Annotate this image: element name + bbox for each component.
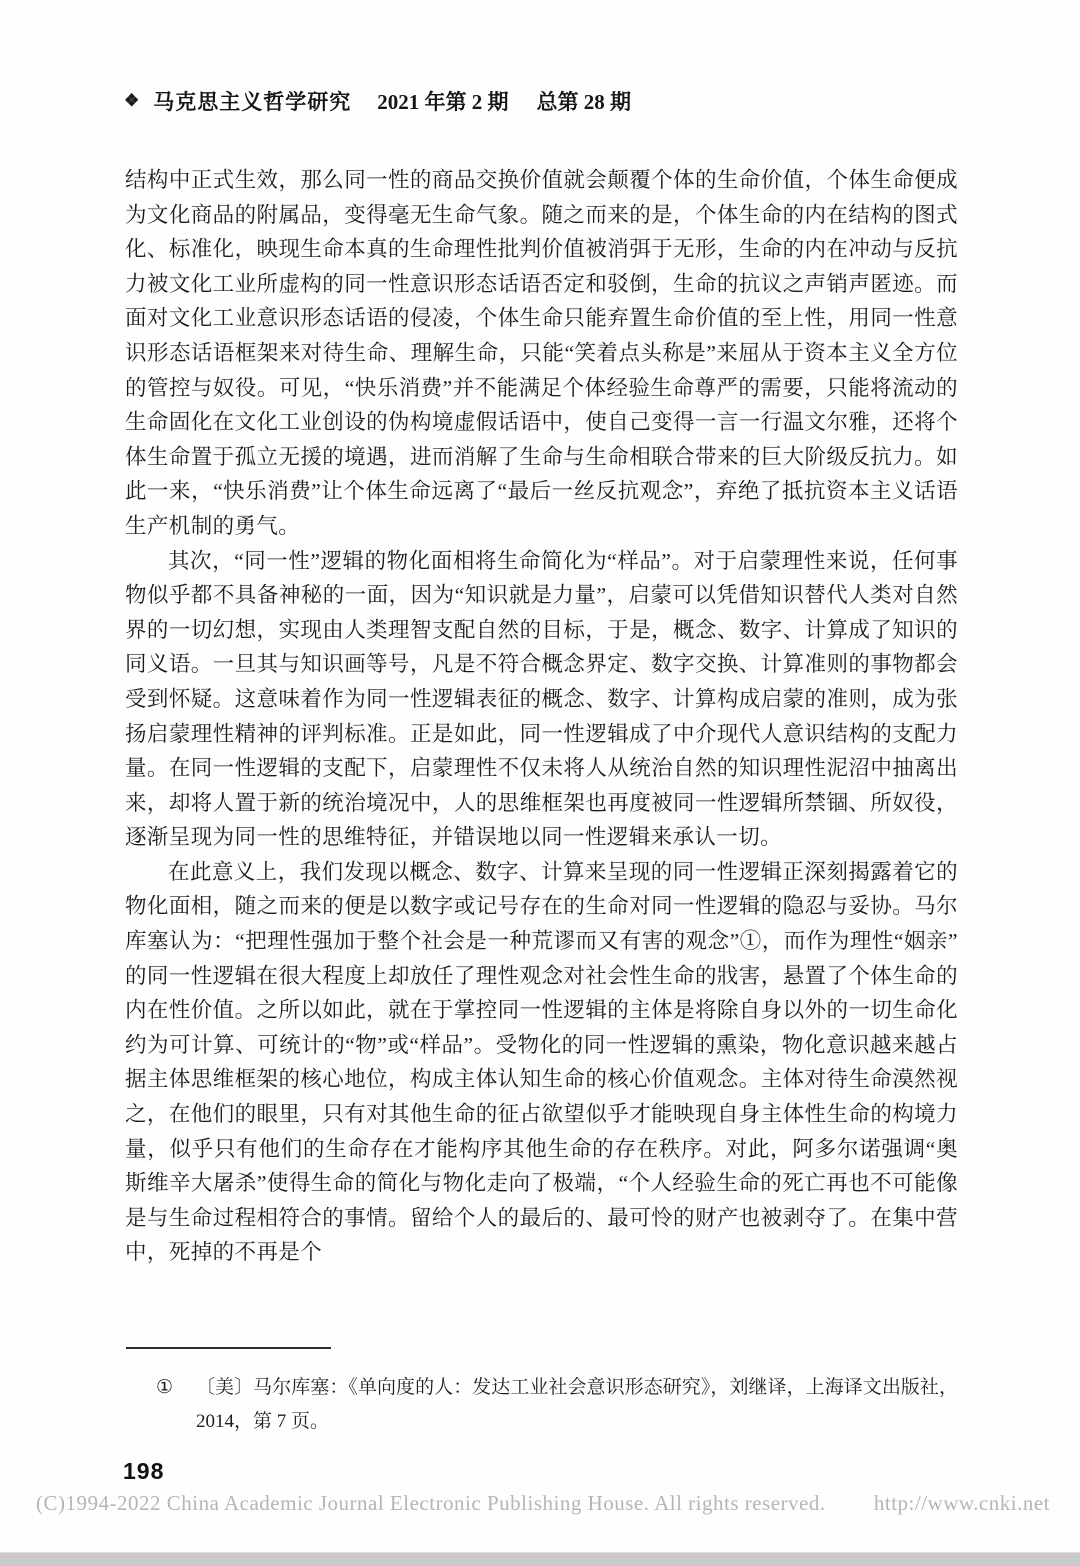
cnki-watermark: (C)1994-2022 China Academic Journal Elec… [36,1491,1050,1516]
footnote-divider [126,1347,331,1349]
scanned-journal-page: ❖ 马克思主义哲学研究 2021 年第 2 期 总第 28 期 结构中正式生效，… [0,0,1080,1566]
copyright-text: (C)1994-2022 China Academic Journal Elec… [36,1491,826,1516]
scan-edge-bar [0,1552,1080,1566]
page-number: 198 [123,1458,164,1485]
journal-title: 马克思主义哲学研究 [153,86,351,116]
footnote-text: 〔美〕马尔库塞：《单向度的人：发达工业社会意识形态研究》，刘继译，上海译文出版社… [196,1371,958,1438]
footnote: ① 〔美〕马尔库塞：《单向度的人：发达工业社会意识形态研究》，刘继译，上海译文出… [156,1371,958,1438]
cumulative-issue-label: 总第 28 期 [537,86,632,116]
paragraph-second: 其次，“同一性”逻辑的物化面相将生命简化为“样品”。对于启蒙理性来说，任何事物似… [125,544,958,855]
paragraph-continuation: 结构中正式生效，那么同一性的商品交换价值就会颠覆个体的生命价值，个体生命便成为文… [125,163,958,544]
issue-label: 2021 年第 2 期 [377,86,508,116]
footnote-marker: ① [156,1371,196,1438]
paragraph-third: 在此意义上，我们发现以概念、数字、计算来呈现的同一性逻辑正深刻揭露着它的物化面相… [125,855,958,1270]
journal-header: ❖ 马克思主义哲学研究 2021 年第 2 期 总第 28 期 [124,86,1020,116]
diamond-icon: ❖ [124,91,139,111]
cnki-url: http://www.cnki.net [874,1491,1050,1516]
article-body: 结构中正式生效，那么同一性的商品交换价值就会颠覆个体的生命价值，个体生命便成为文… [125,163,958,1270]
